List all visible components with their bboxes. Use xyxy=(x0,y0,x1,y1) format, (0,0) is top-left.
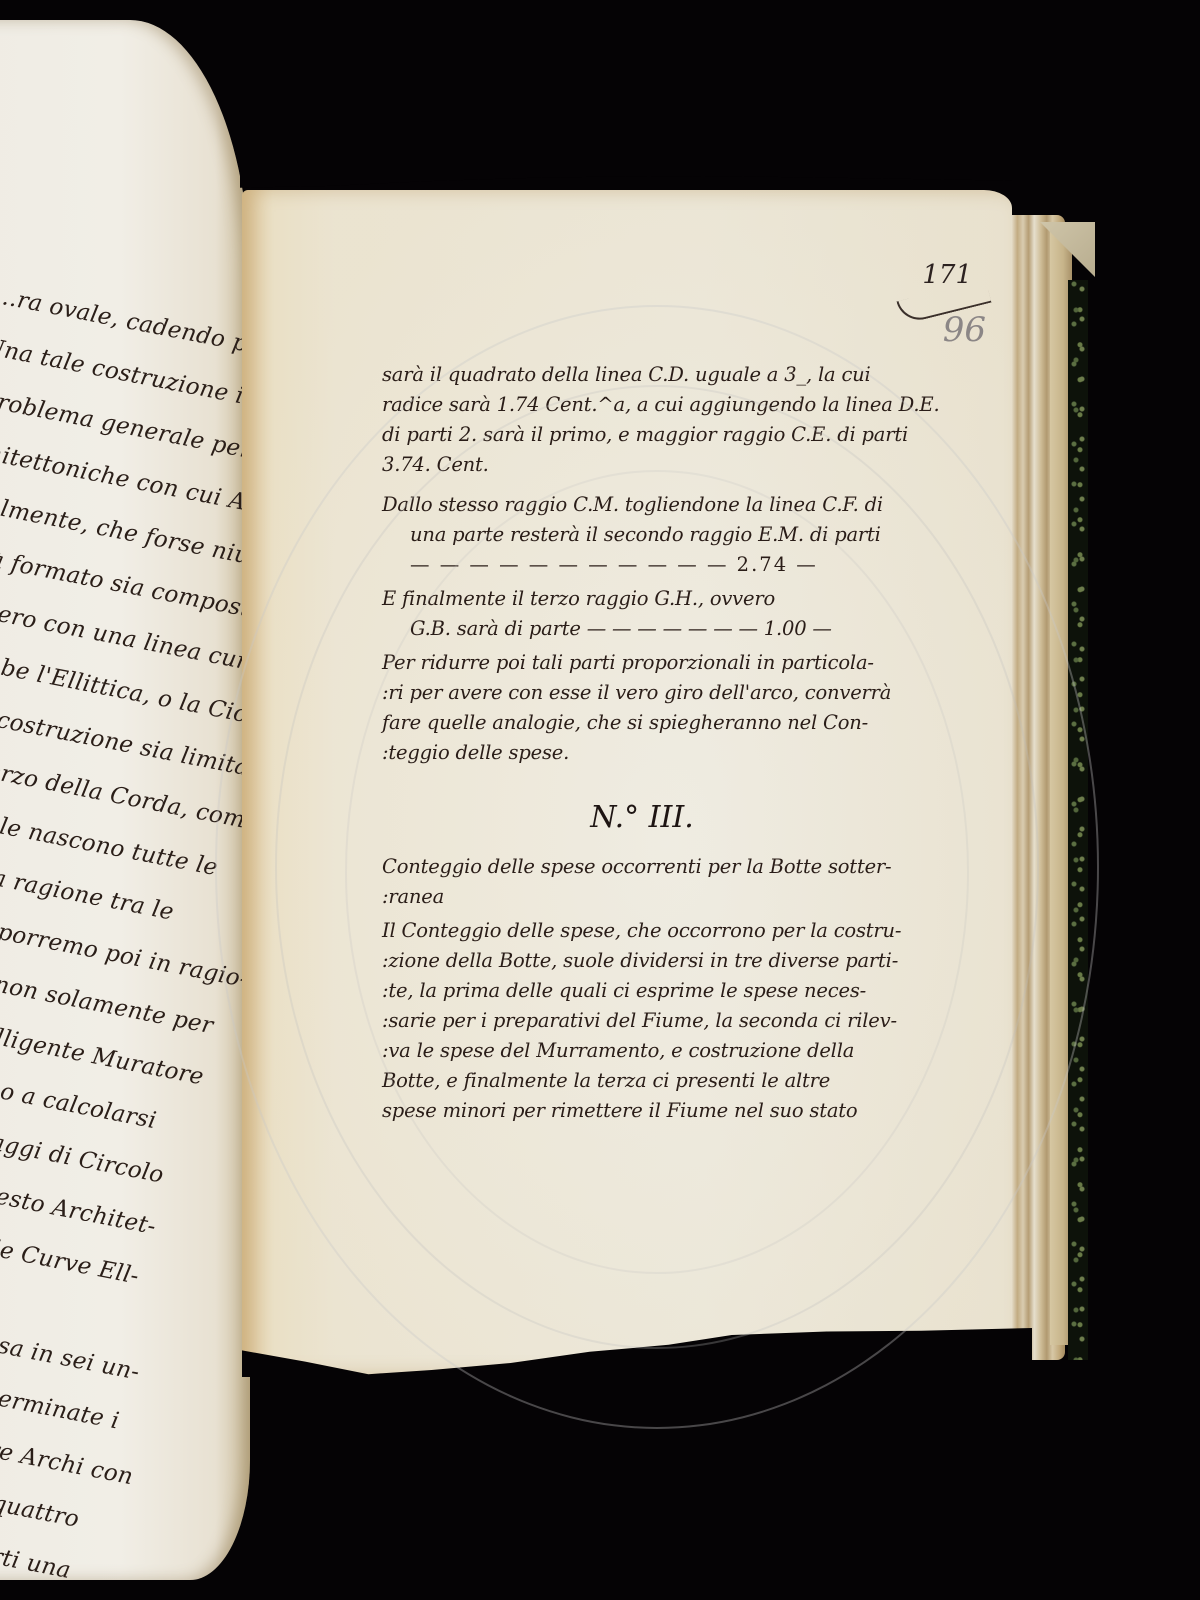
text-line: Dallo stesso raggio C.M. togliendone la … xyxy=(382,490,902,520)
text-line: Conteggio delle spese occorrenti per la … xyxy=(382,852,902,882)
text-line: :ri per avere con esse il vero giro dell… xyxy=(382,678,902,708)
text-line: Botte, e finalmente la terza ci presenti… xyxy=(382,1066,902,1096)
paragraph: sarà il quadrato della linea C.D. uguale… xyxy=(382,360,902,480)
text-line: fare quelle analogie, che si spiegherann… xyxy=(382,708,902,738)
section-heading: N.° III. xyxy=(382,788,902,848)
text-line: :te, la prima delle quali ci esprime le … xyxy=(382,976,902,1006)
left-page-text: ...ra ovale, cadendo perpendi- Una tale … xyxy=(0,270,250,1580)
pencil-page-number: 96 xyxy=(943,310,986,350)
text-line: E finalmente il terzo raggio G.H., ovver… xyxy=(382,584,902,614)
text-line: :teggio delle spese. xyxy=(382,738,902,768)
text-line: sarà il quadrato della linea C.D. uguale… xyxy=(382,360,902,390)
manuscript-text: sarà il quadrato della linea C.D. uguale… xyxy=(382,360,902,1136)
text-line: :sarie per i preparativi del Fiume, la s… xyxy=(382,1006,902,1036)
paragraph: E finalmente il terzo raggio G.H., ovver… xyxy=(382,584,902,644)
text-line: radice sarà 1.74 Cent.^a, a cui aggiunge… xyxy=(382,390,902,420)
paragraph: Conteggio delle spese occorrenti per la … xyxy=(382,852,902,912)
text-line: una parte resterà il secondo raggio E.M.… xyxy=(382,520,902,550)
text-line: :va le spese del Murramento, e costruzio… xyxy=(382,1036,902,1066)
text-line: Il Conteggio delle spese, che occorrono … xyxy=(382,916,902,946)
text-line: 3.74. Cent. xyxy=(382,450,902,480)
left-line: ...Corda A.B. divisa in sei un- xyxy=(0,1281,69,1384)
paragraph: Per ridurre poi tali parti proporzionali… xyxy=(382,648,902,768)
text-line: di parti 2. sarà il primo, e maggior rag… xyxy=(382,420,902,450)
text-line: — — — — — — — — — — — 2.74 — xyxy=(382,550,902,580)
paragraph: Il Conteggio delle spese, che occorrono … xyxy=(382,916,902,1126)
marbled-binding xyxy=(1068,280,1088,1360)
text-line: G.B. sarà di parte — — — — — — — 1.00 — xyxy=(382,614,902,644)
left-page: ...ra ovale, cadendo perpendi- Una tale … xyxy=(0,20,250,1580)
right-page: 171 96 sarà il quadrato della linea C.D.… xyxy=(242,190,1012,1375)
text-line: spese minori per rimettere il Fiume nel … xyxy=(382,1096,902,1126)
text-line: :ranea xyxy=(382,882,902,912)
text-line: Per ridurre poi tali parti proporzionali… xyxy=(382,648,902,678)
paragraph: Dallo stesso raggio C.M. togliendone la … xyxy=(382,490,902,580)
folio-number: 171 xyxy=(922,260,972,290)
book-photo: ...ra ovale, cadendo perpendi- Una tale … xyxy=(0,0,1200,1600)
text-line: :zione della Botte, suole dividersi in t… xyxy=(382,946,902,976)
